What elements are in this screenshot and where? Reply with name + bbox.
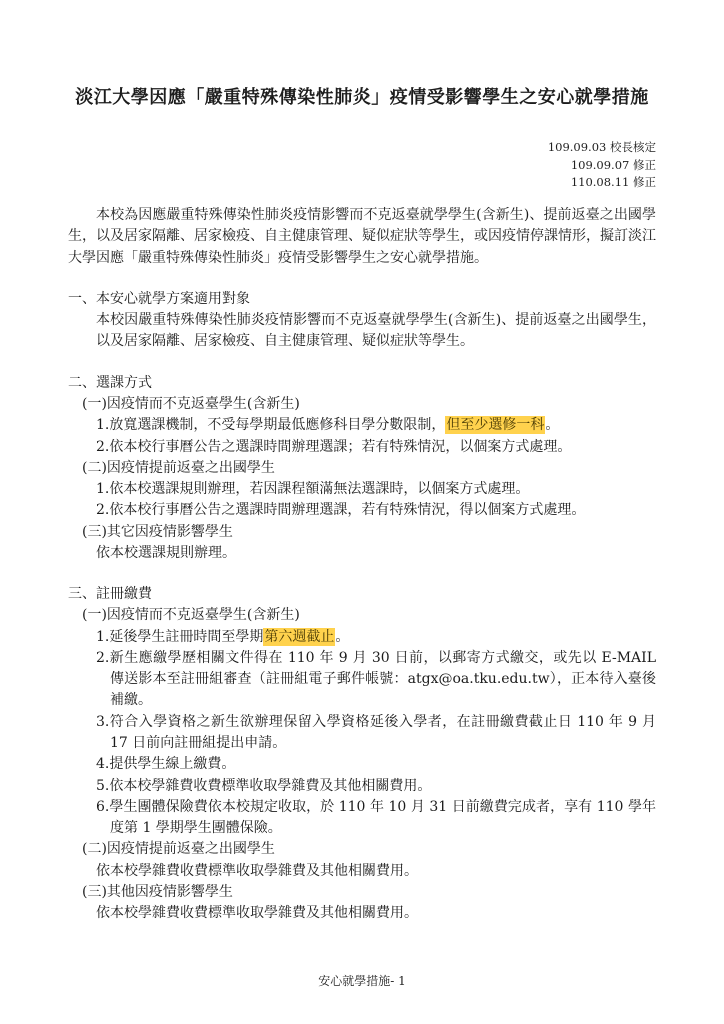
subsection-heading: (二)因疫情提前返臺之出國學生: [82, 839, 656, 860]
numbered-item: 4.提供學生線上繳費。: [82, 754, 656, 775]
item-text: 1.放寬選課機制，不受每學期最低應修科目學分數限制，: [96, 417, 445, 433]
revision-line: 110.08.11 修正: [68, 174, 656, 191]
subsection-body: 依本校選課規則辦理。: [96, 543, 656, 564]
subsection-heading: (一)因疫情而不克返臺學生(含新生): [82, 394, 656, 415]
section-registration-payment: 三、註冊繳費 (一)因疫情而不克返臺學生(含新生) 1.延後學生註冊時間至學期第…: [68, 584, 656, 924]
numbered-item: 2.新生應繳學歷相關文件得在 110 年 9 月 30 日前，以郵寄方式繳交，或…: [82, 648, 656, 712]
revision-line: 109.09.03 校長核定: [68, 139, 656, 156]
subsection-heading: (二)因疫情提前返臺之出國學生: [82, 458, 656, 479]
section-course-selection: 二、選課方式 (一)因疫情而不克返臺學生(含新生) 1.放寬選課機制，不受每學期…: [68, 373, 656, 564]
highlighted-text: 但至少選修一科: [445, 416, 545, 434]
document-page: 淡江大學因應「嚴重特殊傳染性肺炎」疫情受影響學生之安心就學措施 109.09.0…: [0, 0, 724, 1024]
section-heading: 一、本安心就學方案適用對象: [68, 289, 656, 310]
numbered-item: 3.符合入學資格之新生欲辦理保留入學資格延後入學者，在註冊繳費截止日 110 年…: [82, 712, 656, 755]
section-body: 本校因嚴重特殊傳染性肺炎疫情影響而不克返臺就學學生(含新生)、提前返臺之出國學生…: [96, 310, 656, 353]
intro-paragraph: 本校為因應嚴重特殊傳染性肺炎疫情影響而不克返臺就學學生(含新生)、提前返臺之出國…: [68, 205, 656, 269]
numbered-item: 1.放寬選課機制，不受每學期最低應修科目學分數限制，但至少選修一科。: [82, 415, 656, 436]
document-title: 淡江大學因應「嚴重特殊傳染性肺炎」疫情受影響學生之安心就學措施: [68, 86, 656, 109]
section-heading: 三、註冊繳費: [68, 584, 656, 605]
numbered-item: 2.依本校行事曆公告之選課時間辦理選課，若有特殊情況，得以個案方式處理。: [82, 500, 656, 521]
subsection-heading: (三)其它因疫情影響學生: [82, 522, 656, 543]
revision-history: 109.09.03 校長核定 109.09.07 修正 110.08.11 修正: [68, 139, 656, 191]
subsection-heading: (一)因疫情而不克返臺學生(含新生): [82, 605, 656, 626]
item-text: 。: [545, 417, 559, 433]
numbered-item: 2.依本校行事曆公告之選課時間辦理選課；若有特殊情況，以個案方式處理。: [82, 437, 656, 458]
highlighted-text: 第六週截止: [263, 628, 335, 646]
revision-line: 109.09.07 修正: [68, 157, 656, 174]
item-text: 1.延後學生註冊時間至學期: [96, 629, 263, 645]
subsection-body: 依本校學雜費收費標準收取學雜費及其他相關費用。: [96, 861, 656, 882]
section-heading: 二、選課方式: [68, 373, 656, 394]
item-text: 。: [335, 629, 349, 645]
numbered-item: 1.延後學生註冊時間至學期第六週截止。: [82, 627, 656, 648]
subsection-body: 依本校學雜費收費標準收取學雜費及其他相關費用。: [96, 903, 656, 924]
numbered-item: 1.依本校選課規則辦理，若因課程額滿無法選課時，以個案方式處理。: [82, 479, 656, 500]
page-footer: 安心就學措施- 1: [0, 972, 724, 990]
section-applicable-targets: 一、本安心就學方案適用對象 本校因嚴重特殊傳染性肺炎疫情影響而不克返臺就學學生(…: [68, 289, 656, 353]
numbered-item: 6.學生團體保險費依本校規定收取，於 110 年 10 月 31 日前繳費完成者…: [82, 797, 656, 840]
subsection-heading: (三)其他因疫情影響學生: [82, 882, 656, 903]
numbered-item: 5.依本校學雜費收費標準收取學雜費及其他相關費用。: [82, 776, 656, 797]
